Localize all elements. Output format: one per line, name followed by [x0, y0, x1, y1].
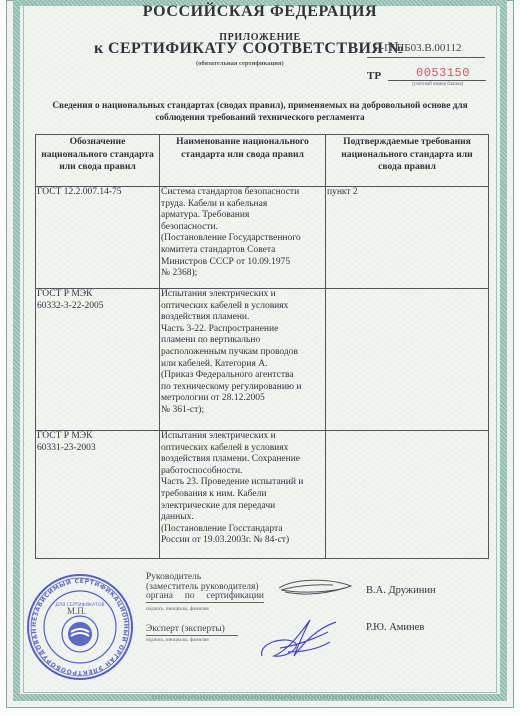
expert-signature-caption: подпись, инициалы, фамилия [146, 638, 238, 643]
certification-type-note: (обязательная сертификация) [196, 60, 284, 67]
svg-text:ДЛЯ СЕРТИФИКАТОВ: ДЛЯ СЕРТИФИКАТОВ [55, 602, 104, 608]
head-signature [275, 576, 355, 600]
standard-designation: ГОСТ Р МЭК 60331-23-2003 [36, 431, 160, 559]
standard-name: Испытания электрических и оптических каб… [160, 289, 326, 431]
standards-table: Обозначение национального стандарта или … [35, 134, 489, 559]
expert-signatory-name: Р.Ю. Аминев [366, 622, 424, 633]
standard-name: Испытания электрических и оптических каб… [160, 431, 326, 559]
column-header-designation: Обозначение национального стандарта или … [36, 135, 160, 187]
blank-number: 0053150 [388, 66, 486, 81]
country-title: РОССИЙСКАЯ ФЕДЕРАЦИЯ [0, 3, 520, 21]
column-header-name: Наименование национального стандарта или… [160, 135, 326, 187]
standard-name: Система стандартов безопасности труда. К… [160, 187, 326, 289]
microtext-strip [152, 695, 384, 699]
confirmed-requirements [326, 289, 489, 431]
certificate-title: к СЕРТИФИКАТУ СООТВЕТСТВИЯ № [94, 40, 404, 58]
standards-info-heading: Сведения о национальных стандартах (свод… [30, 100, 490, 124]
tr-label: ТР [367, 70, 381, 82]
certificate-number: С-IT.ПБ03.В.00112 [367, 42, 485, 58]
expert-signatory-role: Эксперт (эксперты) подпись, инициалы, фа… [146, 624, 238, 643]
expert-role: Эксперт (эксперты) [146, 624, 238, 636]
table-row: ГОСТ 12.2.007.14-75 Система стандартов б… [36, 187, 489, 289]
table-row: ГОСТ Р МЭК 60331-23-2003 Испытания элект… [36, 431, 489, 559]
head-signatory-name: В.А. Дружинин [366, 585, 436, 596]
confirmed-requirements: пункт 2 [326, 187, 489, 289]
column-header-requirements: Подтверждаемые требования национального … [326, 135, 489, 187]
blank-number-note: (учетный номер бланка) [412, 82, 463, 87]
confirmed-requirements [326, 431, 489, 559]
standard-designation: ГОСТ Р МЭК 60332-3-22-2005 [36, 289, 160, 431]
expert-signature [258, 612, 340, 664]
head-signatory-role: Руководитель (заместитель руководителя) … [146, 573, 264, 614]
table-row: ГОСТ Р МЭК 60332-3-22-2005 Испытания эле… [36, 289, 489, 431]
table-header-row: Обозначение национального стандарта или … [36, 135, 489, 187]
standard-designation: ГОСТ 12.2.007.14-75 [36, 187, 160, 289]
official-stamp: НЕЗАВИСИМЫЙ СЕРТИФИКАЦИОННЫЙ ОРГАН ЭЛЕКТ… [25, 572, 135, 682]
head-signature-caption: подпись, инициалы, фамилия [146, 605, 264, 615]
head-role-line-3: органа по сертификации [146, 592, 264, 603]
